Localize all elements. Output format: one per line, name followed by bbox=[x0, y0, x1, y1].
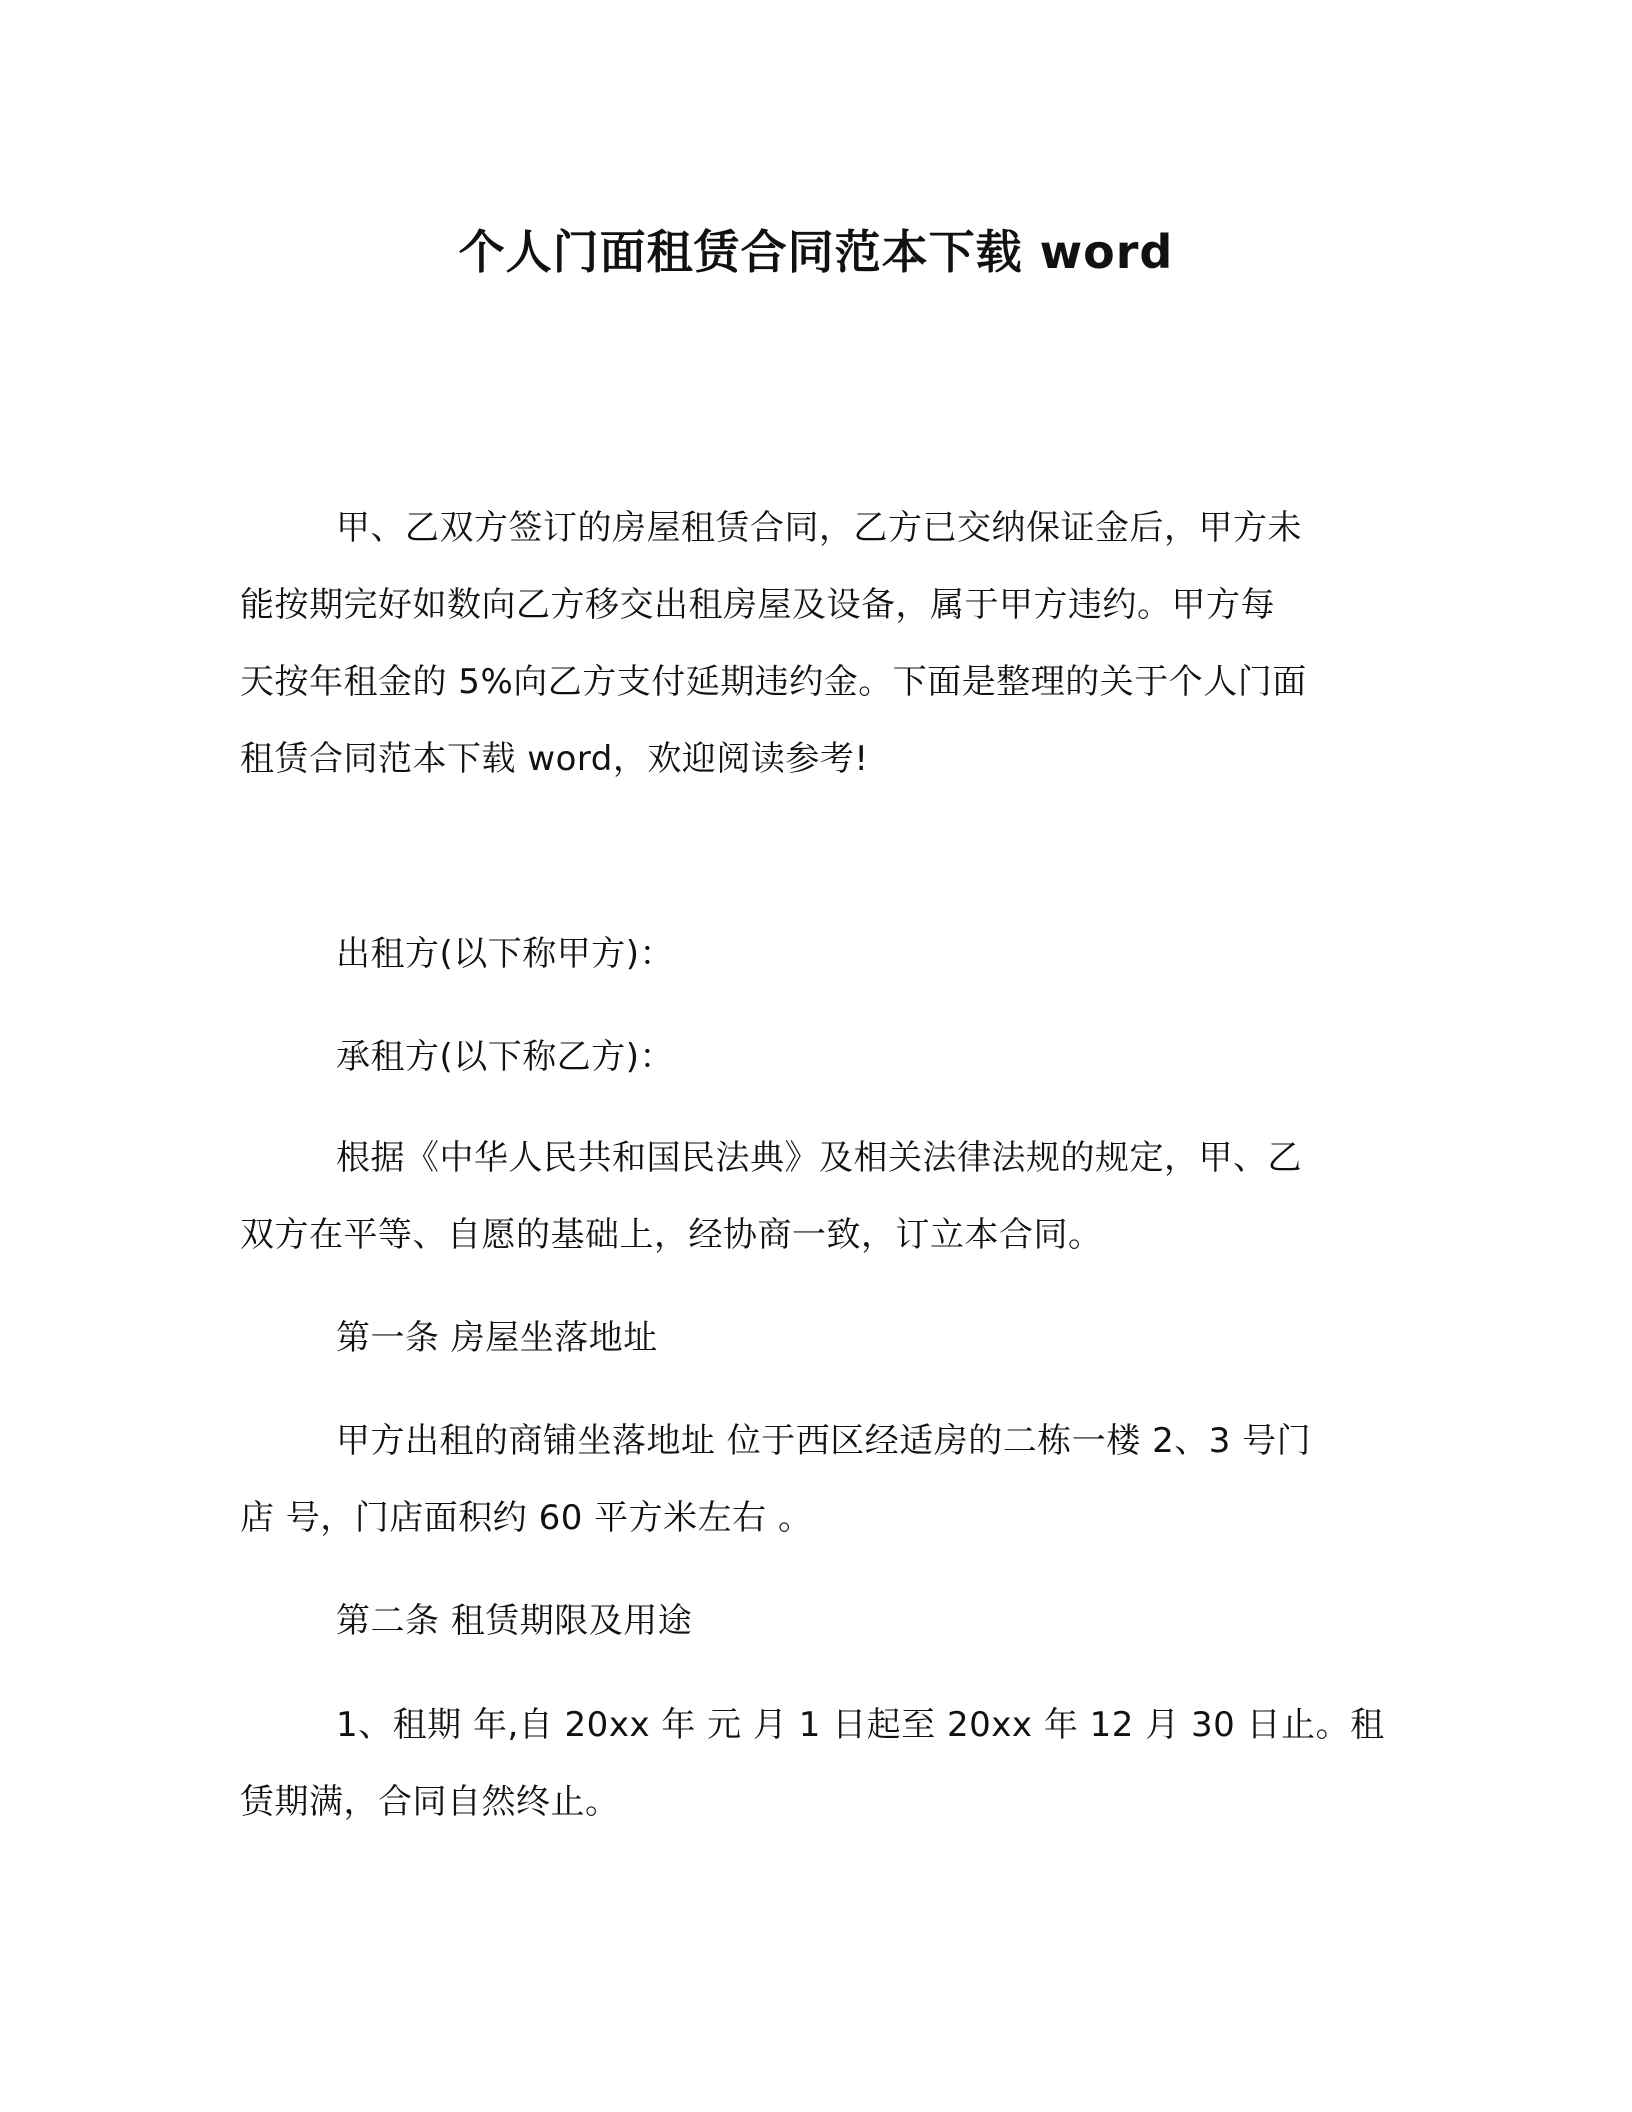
basis-line-2: 双方在平等、自愿的基础上，经协商一致，订立本合同。 bbox=[240, 1197, 1390, 1274]
article-1-line-1: 甲方出租的商铺坐落地址 位于西区经适房的二栋一楼 2、3 号门 bbox=[240, 1403, 1390, 1480]
article-2-heading-text: 第二条 租赁期限及用途 bbox=[240, 1583, 1390, 1660]
document-page: 个人门面租赁合同范本下载 word 甲、乙双方签订的房屋租赁合同，乙方已交纳保证… bbox=[0, 0, 1632, 2112]
article-2-heading: 第二条 租赁期限及用途 bbox=[240, 1583, 1390, 1660]
lessor-field: 出租方(以下称甲方)： bbox=[240, 916, 1390, 993]
article-1-line-2: 店 号，门店面积约 60 平方米左右 。 bbox=[240, 1480, 1390, 1557]
article-2-clause-1: 1、租期 年,自 20xx 年 元 月 1 日起至 20xx 年 12 月 30… bbox=[240, 1687, 1390, 1841]
intro-line-3: 天按年租金的 5%向乙方支付延期违约金。下面是整理的关于个人门面 bbox=[240, 644, 1390, 721]
intro-line-1: 甲、乙双方签订的房屋租赁合同，乙方已交纳保证金后，甲方未 bbox=[240, 490, 1390, 567]
clause-1-line-1: 1、租期 年,自 20xx 年 元 月 1 日起至 20xx 年 12 月 30… bbox=[240, 1687, 1390, 1764]
article-1-paragraph: 甲方出租的商铺坐落地址 位于西区经适房的二栋一楼 2、3 号门 店 号，门店面积… bbox=[240, 1403, 1390, 1557]
intro-line-2: 能按期完好如数向乙方移交出租房屋及设备，属于甲方违约。甲方每 bbox=[240, 567, 1390, 644]
intro-line-4: 租赁合同范本下载 word，欢迎阅读参考! bbox=[240, 721, 1390, 798]
basis-line-1: 根据《中华人民共和国民法典》及相关法律法规的规定，甲、乙 bbox=[240, 1120, 1390, 1197]
clause-1-line-2: 赁期满，合同自然终止。 bbox=[240, 1764, 1390, 1841]
lessor-label: 出租方(以下称甲方)： bbox=[240, 916, 1390, 993]
document-title: 个人门面租赁合同范本下载 word bbox=[0, 222, 1632, 282]
lessee-field: 承租方(以下称乙方)： bbox=[240, 1019, 1390, 1096]
article-1-heading-text: 第一条 房屋坐落地址 bbox=[240, 1300, 1390, 1377]
intro-paragraph: 甲、乙双方签订的房屋租赁合同，乙方已交纳保证金后，甲方未 能按期完好如数向乙方移… bbox=[240, 490, 1390, 798]
lessee-label: 承租方(以下称乙方)： bbox=[240, 1019, 1390, 1096]
basis-paragraph: 根据《中华人民共和国民法典》及相关法律法规的规定，甲、乙 双方在平等、自愿的基础… bbox=[240, 1120, 1390, 1274]
article-1-heading: 第一条 房屋坐落地址 bbox=[240, 1300, 1390, 1377]
